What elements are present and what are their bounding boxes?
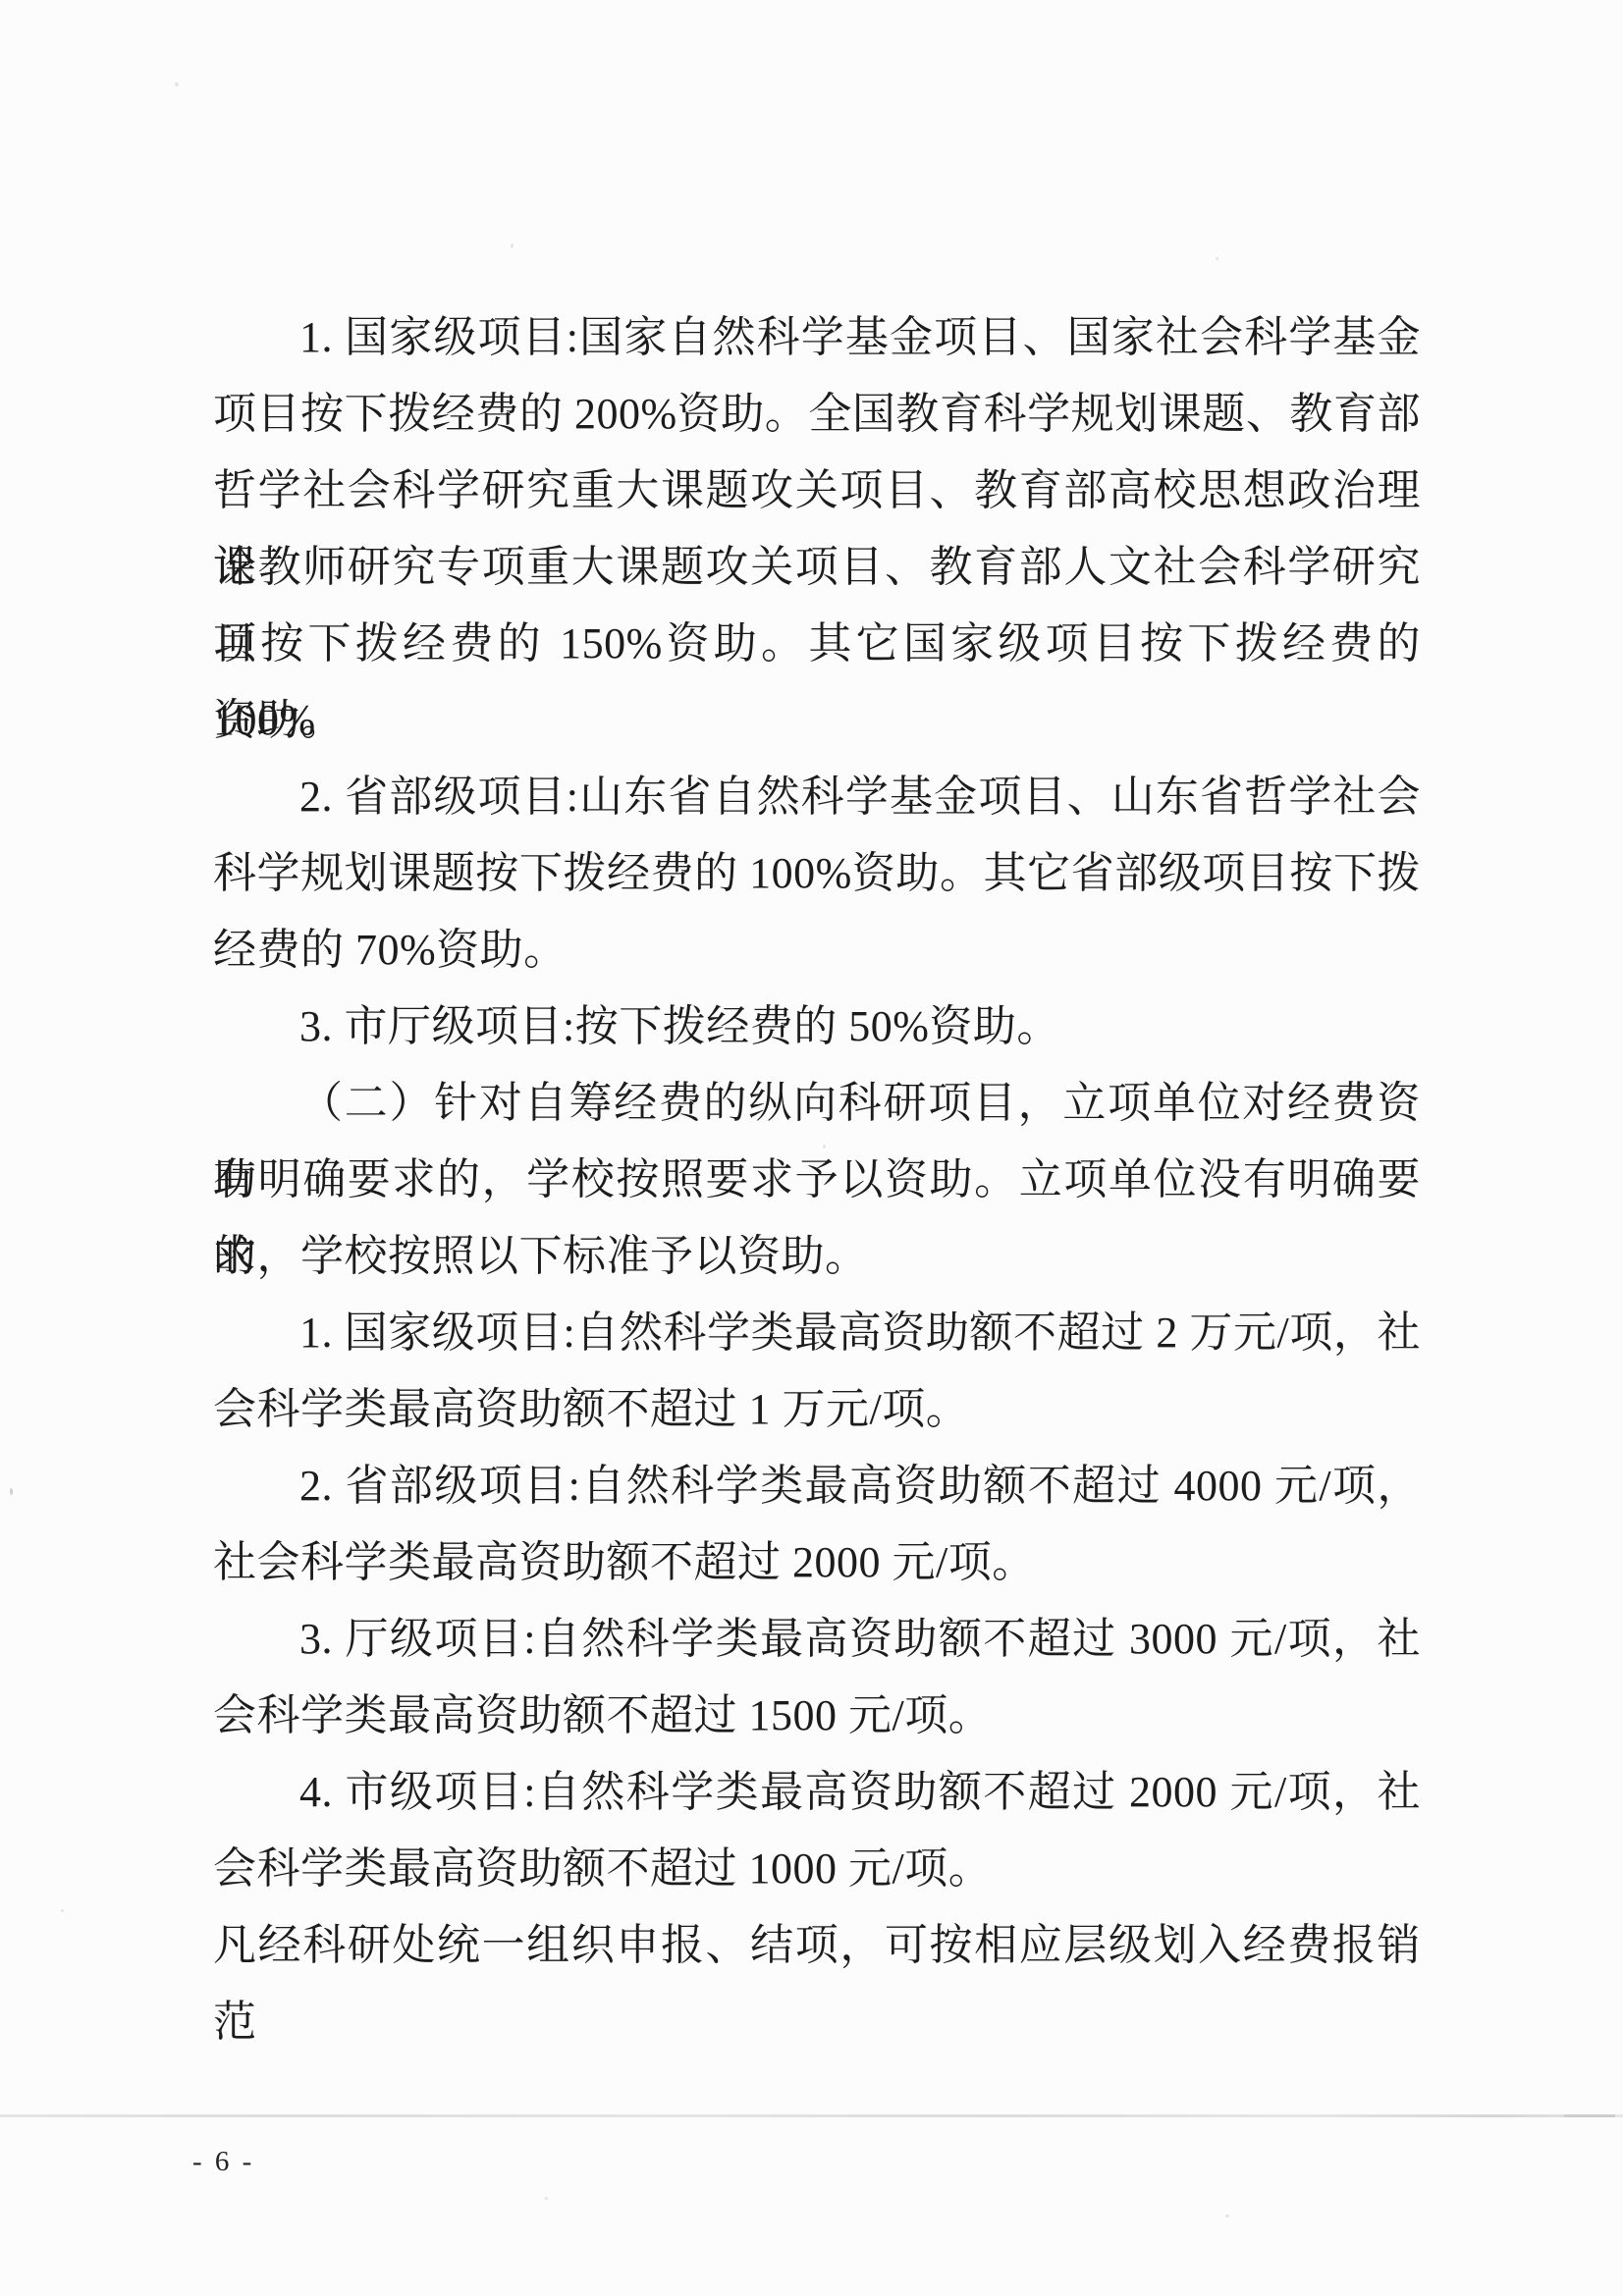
- text-line: 会科学类最高资助额不超过 1 万元/项。: [213, 1371, 1421, 1448]
- scan-speck: [1225, 2215, 1229, 2217]
- scanned-document-page: 1. 国家级项目:国家自然科学基金项目、国家社会科学基金项目按下拨经费的 200…: [0, 0, 1623, 2296]
- text-line: 社会科学类最高资助额不超过 2000 元/项。: [213, 1524, 1421, 1601]
- text-line: 4. 市级项目:自然科学类最高资助额不超过 2000 元/项，社: [213, 1754, 1421, 1831]
- text-line: 3. 厅级项目:自然科学类最高资助额不超过 3000 元/项，社: [213, 1601, 1421, 1678]
- scan-speck: [10, 1488, 13, 1495]
- text-line: 凡经科研处统一组织申报、结项，可按相应层级划入经费报销范: [213, 1907, 1421, 1984]
- scan-speck: [1216, 257, 1218, 260]
- text-line: 2. 省部级项目:山东省自然科学基金项目、山东省哲学社会: [213, 759, 1421, 835]
- text-line: 资助。: [213, 682, 1421, 759]
- text-line: 3. 市厅级项目:按下拨经费的 50%资助。: [213, 988, 1421, 1065]
- text-line: 目按下拨经费的 150%资助。其它国家级项目按下拨经费的 100%: [213, 606, 1421, 682]
- text-block: 1. 国家级项目:国家自然科学基金项目、国家社会科学基金项目按下拨经费的 200…: [213, 299, 1421, 1984]
- text-line: 1. 国家级项目:国家自然科学基金项目、国家社会科学基金: [213, 299, 1421, 376]
- text-line: （二）针对自筹经费的纵向科研项目，立项单位对经费资助: [213, 1065, 1421, 1142]
- scan-artifact-line-tail: [1564, 2114, 1615, 2117]
- text-line: 会科学类最高资助额不超过 1500 元/项。: [213, 1678, 1421, 1754]
- scan-speck: [61, 1909, 64, 1912]
- scan-artifact-line: [0, 2114, 1623, 2117]
- text-line: 科学规划课题按下拨经费的 100%资助。其它省部级项目按下拨: [213, 835, 1421, 912]
- page-number: - 6 -: [192, 2146, 254, 2178]
- text-line: 经费的 70%资助。: [213, 912, 1421, 988]
- text-line: 项目按下拨经费的 200%资助。全国教育科学规划课题、教育部: [213, 376, 1421, 453]
- text-line: 2. 省部级项目:自然科学类最高资助额不超过 4000 元/项，: [213, 1448, 1421, 1524]
- text-line: 1. 国家级项目:自然科学类最高资助额不超过 2 万元/项，社: [213, 1295, 1421, 1371]
- scan-speck: [545, 2197, 548, 2200]
- text-line: 课教师研究专项重大课题攻关项目、教育部人文社会科学研究项: [213, 529, 1421, 606]
- scan-speck: [511, 243, 514, 248]
- text-line: 有明确要求的，学校按照要求予以资助。立项单位没有明确要求: [213, 1142, 1421, 1218]
- text-line: 的，学校按照以下标准予以资助。: [213, 1218, 1421, 1295]
- scan-speck: [823, 1145, 826, 1148]
- scan-speck: [175, 82, 179, 86]
- text-line: 会科学类最高资助额不超过 1000 元/项。: [213, 1831, 1421, 1907]
- text-line: 哲学社会科学研究重大课题攻关项目、教育部高校思想政治理论: [213, 453, 1421, 529]
